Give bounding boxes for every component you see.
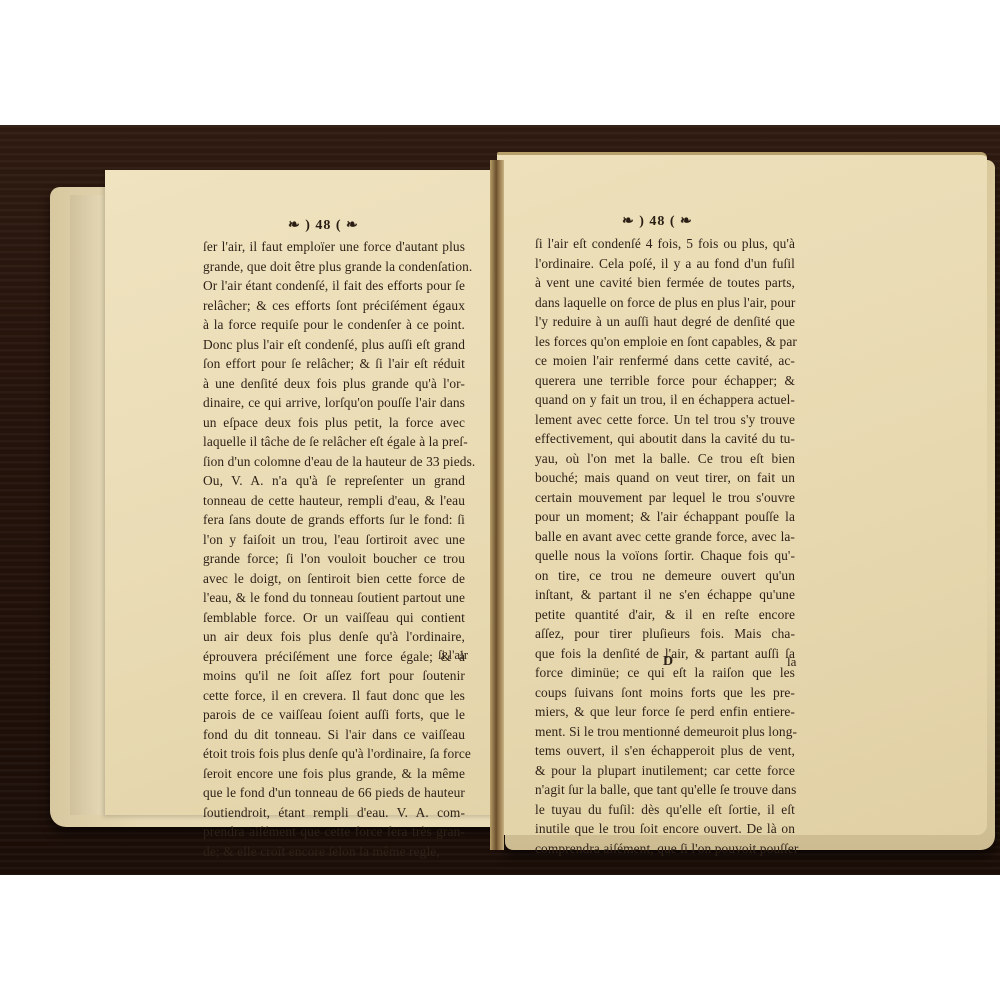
text-line: pour un moment; & l'air échappant pouſſe…: [535, 507, 795, 527]
text-line: dans laquelle on force de plus en plus l…: [535, 293, 795, 313]
text-line: ce moien l'air renfermé dans cette cavit…: [535, 351, 795, 371]
text-line: inutile que le trou ſoit encore ouvert. …: [535, 819, 795, 839]
book-gutter: [490, 160, 504, 850]
right-page-text: ſi l'air eſt condenſé 4 fois, 5 fois ou …: [535, 234, 795, 858]
text-line: grande force; ſi l'on vouloit boucher ce…: [203, 549, 465, 569]
text-line: l'on y faiſoit un trou, l'eau ſortiroit …: [203, 530, 465, 550]
text-line: étoit trois fois plus denſe qu'à l'ordin…: [203, 744, 465, 764]
text-line: Donc plus l'air eſt condenſé, plus auſſi…: [203, 335, 465, 355]
text-line: yau, où l'on met la balle. Ce trou eſt b…: [535, 449, 795, 469]
text-line: fera ſans doute de grands efforts ſur le…: [203, 510, 465, 530]
text-line: lement avec cette force. Un tel trou s'y…: [535, 410, 795, 430]
text-line: prendra aiſément que cette force ſera tr…: [203, 822, 465, 842]
text-line: Ou, V. A. n'a qu'à ſe repreſenter un gra…: [203, 471, 465, 491]
text-line: ſer l'air, il faut emploïer une force d'…: [203, 237, 465, 257]
text-line: Or l'air étant condenſé, il fait des eff…: [203, 276, 465, 296]
text-line: les forces qu'on emploie en ſont capable…: [535, 332, 795, 352]
text-line: ment. Si le trou mentionné demeuroit plu…: [535, 722, 795, 742]
signature-mark: D: [663, 654, 673, 670]
text-line: à une denſité deux fois plus grande qu'à…: [203, 374, 465, 394]
text-line: éprouvera préciſément une force égale; &…: [203, 647, 465, 667]
text-line: fond du dit tonneau. Si l'air dans ce va…: [203, 725, 465, 745]
left-page-catchword: ſi l'air: [438, 647, 468, 663]
text-line: l'y reduire à un auſſi haut degré de den…: [535, 312, 795, 332]
text-line: le tuyau du fuſil: dès qu'elle eſt ſorti…: [535, 800, 795, 820]
text-line: & pour la plupart inutilement; car cette…: [535, 761, 795, 781]
text-line: l'ordinaire. Cela poſé, il y a au fond d…: [535, 254, 795, 274]
text-line: grande, que doit être plus grande la con…: [203, 257, 465, 277]
text-line: querera une terrible force pour échapper…: [535, 371, 795, 391]
text-line: petite quantité d'air, & il en reſte enc…: [535, 605, 795, 625]
text-line: parois de ce vaiſſeau ſoient auſſi forts…: [203, 705, 465, 725]
text-line: ſemblable force. Or un vaiſſeau qui cont…: [203, 608, 465, 628]
text-line: inſtant, & partant il ne s'en échappe qu…: [535, 585, 795, 605]
text-line: relâcher; & ces efforts ſont préciſément…: [203, 296, 465, 316]
text-line: moins qu'il ne ſoit aſſez fort pour ſout…: [203, 666, 465, 686]
text-line: ſon effort pour ſe relâcher; & ſi l'air …: [203, 354, 465, 374]
text-line: dinaire, ce qui arrive, lorſqu'on pouſſe…: [203, 393, 465, 413]
text-line: quelle nous la voïons ſortir. Chaque foi…: [535, 546, 795, 566]
text-line: à la force requiſe pour le condenſer à c…: [203, 315, 465, 335]
text-line: à vent une cavité bien fermée de toutes …: [535, 273, 795, 293]
text-line: que le fond d'un tonneau de 66 pieds de …: [203, 783, 465, 803]
text-line: balle en avant avec cette grande force, …: [535, 527, 795, 547]
right-page-header: ❧ ) 48 ( ❧: [622, 213, 693, 230]
text-line: certain mouvement par lequel le trou s'o…: [535, 488, 795, 508]
text-line: n'agit ſur la balle, que tant qu'elle ſe…: [535, 780, 795, 800]
text-line: effectivement, qui aboutit dans la cavit…: [535, 429, 795, 449]
text-line: coups ſuivans ſont moins forts que les p…: [535, 683, 795, 703]
text-line: ſion d'un colomne d'eau de la hauteur de…: [203, 452, 465, 472]
left-page-text: ſer l'air, il faut emploïer une force d'…: [203, 237, 465, 861]
text-line: l'eau, & le fond du tonneau ſoutient par…: [203, 588, 465, 608]
text-line: un eſpace deux fois plus petit, la force…: [203, 413, 465, 433]
text-line: ſeroit encore une fois plus grande, & la…: [203, 764, 465, 784]
text-line: ſoutiendroit, étant rempli d'eau. V. A. …: [203, 803, 465, 823]
text-line: tems ouvert, il s'en échapperoit plus de…: [535, 741, 795, 761]
text-line: avec le doigt, on ſentiroit bien cette f…: [203, 569, 465, 589]
text-line: cette force, il en crevera. Il faut donc…: [203, 686, 465, 706]
text-line: aſſez, pour tirer pluſieurs fois. Mais c…: [535, 624, 795, 644]
text-line: quand on y fait un trou, il en échappera…: [535, 390, 795, 410]
text-line: ſi l'air eſt condenſé 4 fois, 5 fois ou …: [535, 234, 795, 254]
text-line: un air deux fois plus denſe qu'à l'ordin…: [203, 627, 465, 647]
text-line: comprendra aiſément, que ſi l'on pouvoit…: [535, 839, 795, 859]
right-page-catchword: la: [787, 654, 796, 670]
text-line: de; & elle croît encore ſelon la même re…: [203, 842, 465, 862]
text-line: miers, & que leur force ſe perd enfin en…: [535, 702, 795, 722]
left-page-header: ❧ ) 48 ( ❧: [288, 217, 359, 234]
text-line: laquelle il tâche de ſe relâcher eſt éga…: [203, 432, 465, 452]
text-line: bouché; mais quand on veut tirer, on fai…: [535, 468, 795, 488]
text-line: tonneau de cette hauteur, rempli d'eau, …: [203, 491, 465, 511]
text-line: on tire, ce trou ne demeure ouvert qu'un: [535, 566, 795, 586]
